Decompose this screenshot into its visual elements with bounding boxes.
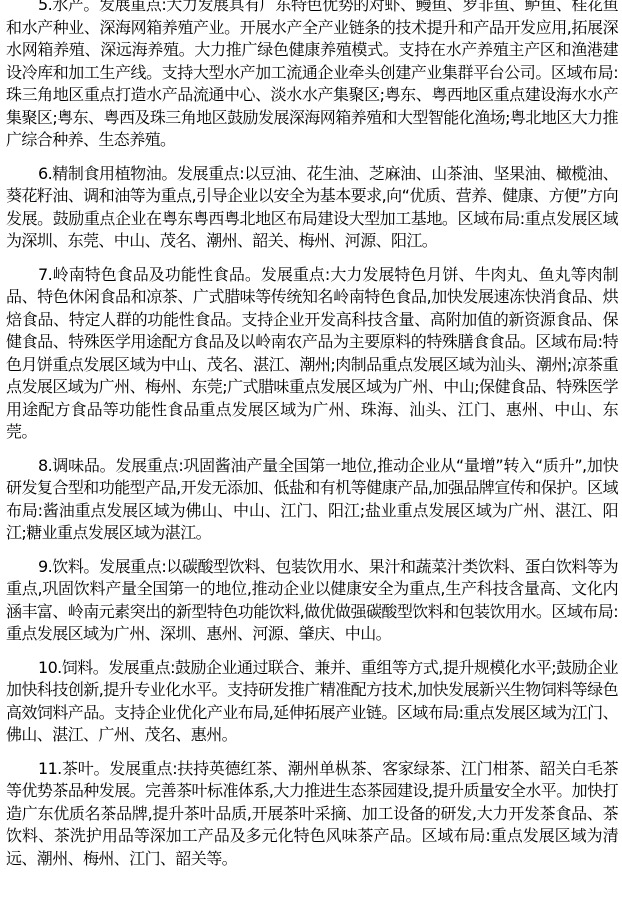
paragraph-feed: 10.饲料。发展重点:鼓励企业通过联合、兼并、重组等方式,提升规模化水平;鼓励企…: [6, 657, 618, 747]
paragraph-condiments: 8.调味品。发展重点:巩固酱油产量全国第一地位,推动企业从“量增”转入“质升”,…: [6, 455, 618, 545]
paragraph-aquatic-products: 5.水产。发展重点:大力发展具有广东特色优势的对虾、鳗鱼、罗非鱼、鲈鱼、桂花鱼和…: [6, 0, 618, 152]
paragraph-edible-oil: 6.精制食用植物油。发展重点:以豆油、花生油、芝麻油、山茶油、坚果油、橄榄油、葵…: [6, 163, 618, 253]
document-body: 5.水产。发展重点:大力发展具有广东特色优势的对虾、鳗鱼、罗非鱼、鲈鱼、桂花鱼和…: [6, 0, 618, 881]
paragraph-lingnan-food: 7.岭南特色食品及功能性食品。发展重点:大力发展特色月饼、牛肉丸、鱼丸等肉制品、…: [6, 264, 618, 444]
paragraph-tea: 11.茶叶。发展重点:扶持英德红茶、潮州单枞茶、客家绿茶、江门柑茶、韶关白毛茶等…: [6, 758, 618, 871]
paragraph-beverages: 9.饮料。发展重点:以碳酸型饮料、包装饮用水、果汁和蔬菜汁类饮料、蛋白饮料等为重…: [6, 556, 618, 646]
